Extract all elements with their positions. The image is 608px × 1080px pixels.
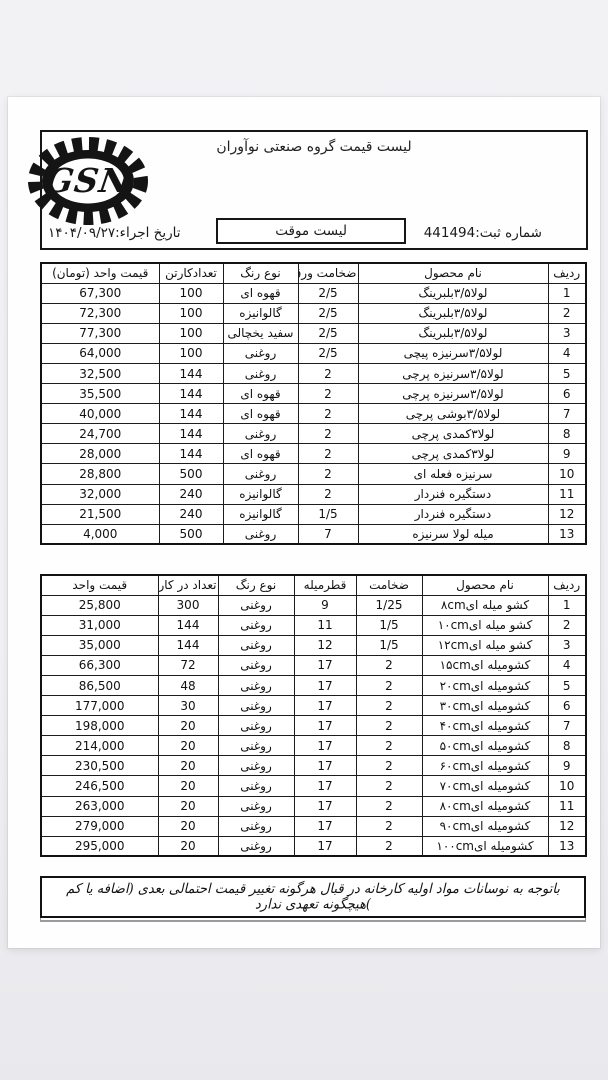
table-row: 3لولا۳/۵بلبرینگ2/5سفید یخچالی10077,300	[41, 323, 586, 343]
table2-cell: روغنی	[218, 615, 294, 635]
table1-col-header: قیمت واحد (تومان)	[41, 263, 159, 283]
table2-cell: روغنی	[218, 655, 294, 675]
table2-cell: 144	[158, 615, 218, 635]
hinge-table-header: ردیفنام محصولضخامت ورقنوع رنگتعدادکارتنق…	[41, 263, 586, 283]
table2-cell: 144	[158, 635, 218, 655]
table2-cell: 72	[158, 655, 218, 675]
table2-cell: 25,800	[41, 595, 158, 615]
table2-cell: 30	[158, 696, 218, 716]
registration-number: شماره ثبت:441494	[424, 225, 542, 244]
header-meta-row: شماره ثبت:441494 لیست موقت تاریخ اجراء:۱…	[42, 218, 586, 246]
table1-col-header: نام محصول	[358, 263, 548, 283]
table2-cell: 31,000	[41, 615, 158, 635]
table1-cell: 3	[548, 323, 586, 343]
table1-cell: 8	[548, 424, 586, 444]
table1-cell: 2/5	[298, 283, 358, 303]
table-row: 12کشومیله ای۹۰cm217روغنی20279,000	[41, 816, 586, 836]
table-row: 5کشومیله ای۲۰cm217روغنی4886,500	[41, 675, 586, 695]
table2-cell: 1	[548, 595, 586, 615]
table2-cell: 246,500	[41, 776, 158, 796]
document-paper: لیست قیمت گروه صنعتی نوآوران GSN شماره ث…	[8, 97, 600, 948]
table2-cell: 1/5	[356, 615, 422, 635]
table2-cell: 214,000	[41, 736, 158, 756]
table2-cell: 2	[356, 756, 422, 776]
table2-cell: 2	[356, 696, 422, 716]
table2-cell: 177,000	[41, 696, 158, 716]
table2-cell: کشومیله ای۳۰cm	[422, 696, 548, 716]
table1-cell: لولا۳/۵سرنیزه پرچی	[358, 363, 548, 383]
table1-cell: لولا۳/۵بلبرینگ	[358, 323, 548, 343]
table-row: 12دستگیره فنردار1/5گالوانیزه24021,500	[41, 504, 586, 524]
table2-col-header: ضخامت	[356, 575, 422, 595]
table2-cell: 12	[548, 816, 586, 836]
table1-cell: لولا۳/۵سرنیزه پیچی	[358, 343, 548, 363]
execution-date: تاریخ اجراء:۱۴۰۴/۰۹/۲۷	[48, 225, 180, 244]
table-row: 2کشو میله ای۱۰cm1/511روغنی14431,000	[41, 615, 586, 635]
table2-cell: کشومیله ای۴۰cm	[422, 716, 548, 736]
table1-cell: 1/5	[298, 504, 358, 524]
table-row: 11دستگیره فنردار2گالوانیزه24032,000	[41, 484, 586, 504]
drawer-table-header: ردیفنام محصولضخامتقطرمیلهنوع رنگتعداد در…	[41, 575, 586, 595]
table2-col-header: قیمت واحد	[41, 575, 158, 595]
table2-cell: 295,000	[41, 836, 158, 856]
table2-cell: 11	[548, 796, 586, 816]
table-row: 5لولا۳/۵سرنیزه پرچی2روغنی14432,500	[41, 363, 586, 383]
table2-cell: 6	[548, 696, 586, 716]
table-row: 10کشومیله ای۷۰cm217روغنی20246,500	[41, 776, 586, 796]
table-row: 11کشومیله ای۸۰cm217روغنی20263,000	[41, 796, 586, 816]
table1-cell: 100	[159, 323, 223, 343]
drawer-price-table: ردیفنام محصولضخامتقطرمیلهنوع رنگتعداد در…	[40, 574, 587, 857]
table1-cell: سرنیزه فعله ای	[358, 464, 548, 484]
table-row: 6لولا۳/۵سرنیزه پرچی2قهوه ای14435,500	[41, 384, 586, 404]
table1-cell: 67,300	[41, 283, 159, 303]
table2-cell: 3	[548, 635, 586, 655]
table-row: 7کشومیله ای۴۰cm217روغنی20198,000	[41, 716, 586, 736]
table2-cell: 66,300	[41, 655, 158, 675]
table1-cell: 144	[159, 384, 223, 404]
table-row: 9کشومیله ای۶۰cm217روغنی20230,500	[41, 756, 586, 776]
table-row: 6کشومیله ای۳۰cm217روغنی30177,000	[41, 696, 586, 716]
table1-cell: 2	[298, 404, 358, 424]
table2-cell: 2	[356, 655, 422, 675]
table1-cell: 500	[159, 464, 223, 484]
table2-cell: 1/5	[356, 635, 422, 655]
table2-cell: 17	[294, 655, 356, 675]
table1-cell: لولا۳/۵بلبرینگ	[358, 303, 548, 323]
table2-cell: 300	[158, 595, 218, 615]
table2-cell: 17	[294, 756, 356, 776]
temporary-list-badge: لیست موقت	[216, 218, 406, 244]
table1-cell: 28,000	[41, 444, 159, 464]
table1-cell: سفید یخچالی	[223, 323, 298, 343]
table2-cell: کشومیله ای۵۰cm	[422, 736, 548, 756]
table2-cell: 17	[294, 675, 356, 695]
table2-cell: کشو میله ای۱۲cm	[422, 635, 548, 655]
table2-cell: 10	[548, 776, 586, 796]
table1-cell: 77,300	[41, 323, 159, 343]
table1-cell: روغنی	[223, 363, 298, 383]
table2-cell: 2	[356, 796, 422, 816]
table1-cell: 24,700	[41, 424, 159, 444]
table2-cell: 279,000	[41, 816, 158, 836]
table2-cell: 1/25	[356, 595, 422, 615]
table1-cell: 32,000	[41, 484, 159, 504]
table1-cell: 144	[159, 363, 223, 383]
table1-cell: گالوانیزه	[223, 303, 298, 323]
table-row: 13کشومیله ای۱۰۰cm217روغنی20295,000	[41, 836, 586, 856]
table2-cell: 17	[294, 716, 356, 736]
table2-col-header: قطرمیله	[294, 575, 356, 595]
table2-col-header: نام محصول	[422, 575, 548, 595]
table2-cell: کشومیله ای۸۰cm	[422, 796, 548, 816]
table1-col-header: نوع رنگ	[223, 263, 298, 283]
table-row: 9لولا۳کمدی پرچی2قهوه ای14428,000	[41, 444, 586, 464]
table2-cell: روغنی	[218, 796, 294, 816]
table1-cell: روغنی	[223, 424, 298, 444]
table1-cell: میله لولا سرنیزه	[358, 524, 548, 544]
table2-cell: 17	[294, 736, 356, 756]
table1-cell: 40,000	[41, 404, 159, 424]
table1-cell: 2/5	[298, 323, 358, 343]
table1-col-header: ضخامت ورق	[298, 263, 358, 283]
table1-cell: روغنی	[223, 343, 298, 363]
table1-cell: 6	[548, 384, 586, 404]
table1-cell: 500	[159, 524, 223, 544]
table1-cell: 2	[298, 464, 358, 484]
table1-cell: 72,300	[41, 303, 159, 323]
table-row: 4لولا۳/۵سرنیزه پیچی2/5روغنی10064,000	[41, 343, 586, 363]
drawer-table-body: 1کشو میله ای۸cm1/259روغنی30025,8002کشو م…	[41, 595, 586, 856]
table1-cell: قهوه ای	[223, 384, 298, 404]
table2-cell: روغنی	[218, 675, 294, 695]
table1-cell: 2	[298, 363, 358, 383]
table1-cell: 5	[548, 363, 586, 383]
table2-cell: 20	[158, 776, 218, 796]
table2-cell: 198,000	[41, 716, 158, 736]
table1-cell: دستگیره فنردار	[358, 504, 548, 524]
table2-cell: روغنی	[218, 836, 294, 856]
table1-cell: قهوه ای	[223, 404, 298, 424]
table1-col-header: ردیف	[548, 263, 586, 283]
table-row: 8لولا۳کمدی پرچی2روغنی14424,700	[41, 424, 586, 444]
table2-cell: 9	[294, 595, 356, 615]
table2-cell: 35,000	[41, 635, 158, 655]
table2-cell: 17	[294, 836, 356, 856]
table1-cell: 28,800	[41, 464, 159, 484]
table2-cell: روغنی	[218, 736, 294, 756]
table1-cell: روغنی	[223, 524, 298, 544]
gsn-logo-text: GSN	[43, 161, 134, 200]
table2-cell: کشومیله ای۲۰cm	[422, 675, 548, 695]
table-row: 1کشو میله ای۸cm1/259روغنی30025,800	[41, 595, 586, 615]
table2-cell: کشومیله ای۱۵cm	[422, 655, 548, 675]
table1-cell: 100	[159, 283, 223, 303]
hinge-table-body: 1لولا۳/۵بلبرینگ2/5قهوه ای10067,3002لولا۳…	[41, 283, 586, 544]
table1-cell: قهوه ای	[223, 444, 298, 464]
table2-cell: روغنی	[218, 716, 294, 736]
table2-cell: 2	[356, 675, 422, 695]
table2-cell: 4	[548, 655, 586, 675]
table2-cell: کشو میله ای۸cm	[422, 595, 548, 615]
table1-cell: 2/5	[298, 303, 358, 323]
disclaimer-box: باتوجه به نوسانات مواد اولیه کارخانه در …	[40, 876, 586, 918]
table2-cell: 86,500	[41, 675, 158, 695]
table1-cell: 4,000	[41, 524, 159, 544]
table-row: 13میله لولا سرنیزه7روغنی5004,000	[41, 524, 586, 544]
table2-cell: 11	[294, 615, 356, 635]
table2-cell: 13	[548, 836, 586, 856]
table1-cell: 100	[159, 303, 223, 323]
table1-cell: 4	[548, 343, 586, 363]
table1-cell: 2	[548, 303, 586, 323]
table1-cell: 10	[548, 464, 586, 484]
table1-cell: 2	[298, 444, 358, 464]
table1-cell: 7	[548, 404, 586, 424]
table2-cell: روغنی	[218, 756, 294, 776]
table2-cell: روغنی	[218, 816, 294, 836]
table1-cell: 240	[159, 504, 223, 524]
table2-cell: روغنی	[218, 776, 294, 796]
table1-cell: لولا۳/۵سرنیزه پرچی	[358, 384, 548, 404]
table1-cell: گالوانیزه	[223, 504, 298, 524]
table2-cell: کشومیله ای۷۰cm	[422, 776, 548, 796]
table1-cell: 144	[159, 444, 223, 464]
table2-cell: کشومیله ای۱۰۰cm	[422, 836, 548, 856]
table1-col-header: تعدادکارتن	[159, 263, 223, 283]
table2-cell: 2	[356, 736, 422, 756]
table2-cell: 8	[548, 736, 586, 756]
page-background: { "header": { "title": "لیست قیمت گروه ص…	[0, 0, 608, 1080]
table1-cell: 35,500	[41, 384, 159, 404]
table2-col-header: ردیف	[548, 575, 586, 595]
table2-cell: 263,000	[41, 796, 158, 816]
gsn-gear-logo-icon: GSN	[22, 135, 154, 227]
table2-cell: کشومیله ای۹۰cm	[422, 816, 548, 836]
table1-cell: روغنی	[223, 464, 298, 484]
table-row: 8کشومیله ای۵۰cm217روغنی20214,000	[41, 736, 586, 756]
table2-cell: 2	[356, 816, 422, 836]
table1-cell: 2	[298, 484, 358, 504]
hinge-price-table: ردیفنام محصولضخامت ورقنوع رنگتعدادکارتنق…	[40, 262, 587, 545]
table2-cell: 20	[158, 756, 218, 776]
table2-cell: 17	[294, 776, 356, 796]
table2-cell: 12	[294, 635, 356, 655]
table1-cell: لولا۳/۵بلبرینگ	[358, 283, 548, 303]
table2-cell: 7	[548, 716, 586, 736]
table1-cell: 2	[298, 384, 358, 404]
table1-cell: لولا۳کمدی پرچی	[358, 424, 548, 444]
table2-cell: 9	[548, 756, 586, 776]
table2-cell: 20	[158, 716, 218, 736]
table1-cell: 64,000	[41, 343, 159, 363]
table-row: 1لولا۳/۵بلبرینگ2/5قهوه ای10067,300	[41, 283, 586, 303]
table2-col-header: نوع رنگ	[218, 575, 294, 595]
table2-cell: 20	[158, 836, 218, 856]
table2-cell: 5	[548, 675, 586, 695]
disclaimer-note: باتوجه به نوسانات مواد اولیه کارخانه در …	[42, 881, 584, 913]
table-row: 7لولا۳/۵بوشی پرچی2قهوه ای14440,000	[41, 404, 586, 424]
table2-cell: 20	[158, 816, 218, 836]
table-row: 3کشو میله ای۱۲cm1/512روغنی14435,000	[41, 635, 586, 655]
table1-cell: 240	[159, 484, 223, 504]
table1-cell: لولا۳کمدی پرچی	[358, 444, 548, 464]
table-row: 10سرنیزه فعله ای2روغنی50028,800	[41, 464, 586, 484]
table1-cell: 100	[159, 343, 223, 363]
table1-cell: دستگیره فنردار	[358, 484, 548, 504]
table-row: 2لولا۳/۵بلبرینگ2/5گالوانیزه10072,300	[41, 303, 586, 323]
header-row: ردیفنام محصولضخامت ورقنوع رنگتعدادکارتنق…	[41, 263, 586, 283]
table1-cell: 21,500	[41, 504, 159, 524]
table2-cell: 17	[294, 816, 356, 836]
table2-cell: 20	[158, 796, 218, 816]
table2-cell: 17	[294, 696, 356, 716]
table2-cell: 2	[356, 836, 422, 856]
table1-cell: 144	[159, 424, 223, 444]
table2-cell: 2	[356, 716, 422, 736]
table2-cell: روغنی	[218, 595, 294, 615]
table1-cell: 11	[548, 484, 586, 504]
table1-cell: 7	[298, 524, 358, 544]
table2-cell: کشومیله ای۶۰cm	[422, 756, 548, 776]
table2-cell: 48	[158, 675, 218, 695]
table2-col-header: تعداد در کارتن	[158, 575, 218, 595]
table1-cell: 9	[548, 444, 586, 464]
table2-cell: روغنی	[218, 635, 294, 655]
table1-cell: 12	[548, 504, 586, 524]
table1-cell: 2	[298, 424, 358, 444]
table1-cell: لولا۳/۵بوشی پرچی	[358, 404, 548, 424]
table1-cell: 1	[548, 283, 586, 303]
table2-cell: کشو میله ای۱۰cm	[422, 615, 548, 635]
table2-cell: 2	[548, 615, 586, 635]
header-row: ردیفنام محصولضخامتقطرمیلهنوع رنگتعداد در…	[41, 575, 586, 595]
table1-cell: گالوانیزه	[223, 484, 298, 504]
table2-cell: 2	[356, 776, 422, 796]
table1-cell: قهوه ای	[223, 283, 298, 303]
table2-cell: 17	[294, 796, 356, 816]
table1-cell: 144	[159, 404, 223, 424]
table-row: 4کشومیله ای۱۵cm217روغنی7266,300	[41, 655, 586, 675]
header-box: لیست قیمت گروه صنعتی نوآوران GSN شماره ث…	[40, 130, 588, 250]
table1-cell: 2/5	[298, 343, 358, 363]
table2-cell: 230,500	[41, 756, 158, 776]
table1-cell: 13	[548, 524, 586, 544]
table2-cell: روغنی	[218, 696, 294, 716]
table2-cell: 20	[158, 736, 218, 756]
table1-cell: 32,500	[41, 363, 159, 383]
